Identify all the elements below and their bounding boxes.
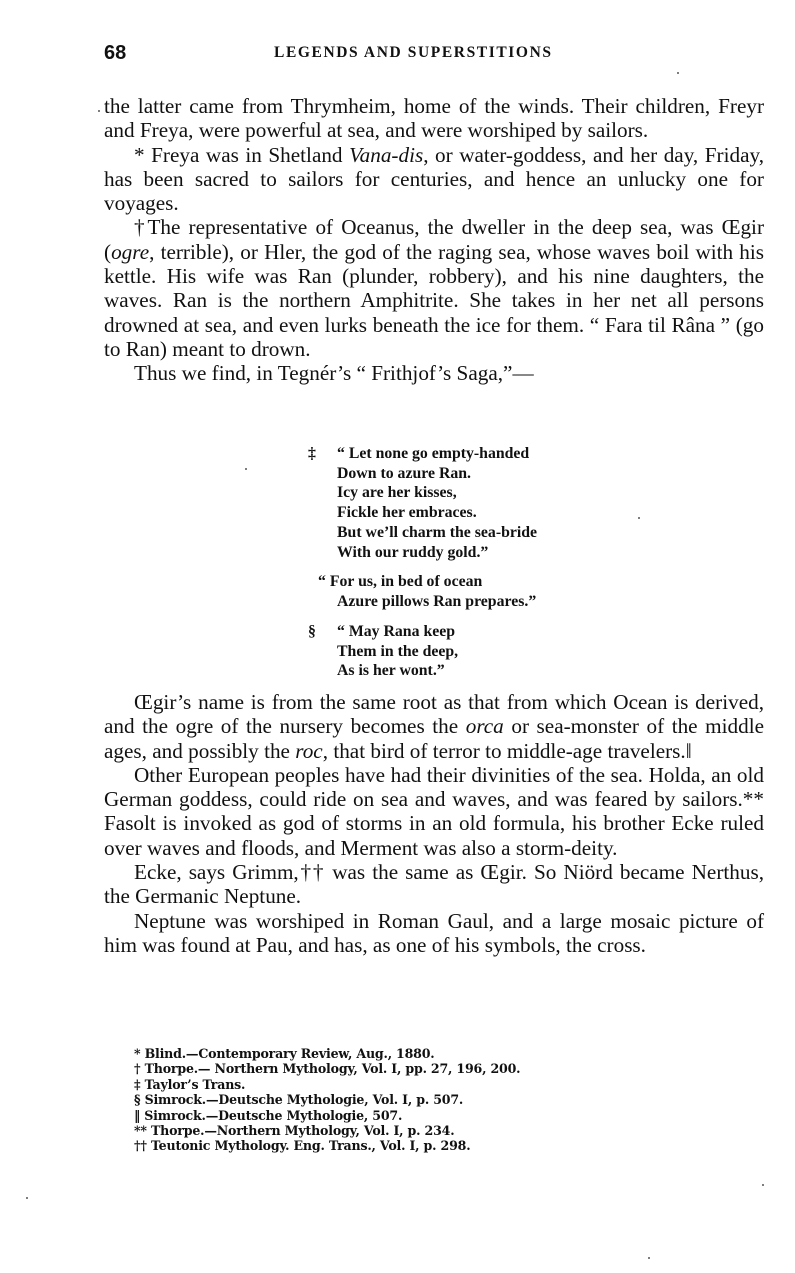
footnote: § Simrock.—Deutsche Mythologie, Vol. I, … <box>134 1092 654 1107</box>
verse-line: As is her wont.” <box>308 661 458 681</box>
paragraph-saga-intro: Thus we find, in Tegnér’s “ Frithjof’s S… <box>104 361 764 385</box>
paragraph-freya: * Freya was in Shetland Vana-dis, or wat… <box>104 143 764 216</box>
page-number: 68 <box>104 42 126 65</box>
verse-line: §“ May Rana keep <box>308 622 458 642</box>
stanza-2: “ For us, in bed of ocean Azure pillows … <box>308 572 536 611</box>
speck <box>245 468 247 470</box>
paragraph-european-deities: Other European peoples have had their di… <box>104 763 764 860</box>
footnote: † Thorpe.— Northern Mythology, Vol. I, p… <box>134 1061 654 1076</box>
verse-line: Down to azure Ran. <box>308 464 628 484</box>
speck <box>677 72 679 74</box>
speck <box>26 1197 28 1199</box>
verse-line: Azure pillows Ran prepares.” <box>308 592 536 612</box>
footnote: †† Teutonic Mythology. Eng. Trans., Vol.… <box>134 1138 654 1153</box>
running-title: LEGENDS AND SUPERSTITIONS <box>274 44 553 62</box>
book-page: 68 LEGENDS AND SUPERSTITIONS the latter … <box>0 0 795 1273</box>
speck <box>98 110 100 112</box>
speck <box>638 517 640 519</box>
body-text-top: the latter came from Thrymheim, home of … <box>104 94 764 386</box>
footnote: ‡ Taylor’s Trans. <box>134 1077 654 1092</box>
verse-line: With our ruddy gold.” <box>308 543 628 563</box>
verse-line: But we’ll charm the sea-bride <box>308 523 628 543</box>
paragraph-aegir: †The representative of Oceanus, the dwel… <box>104 215 764 361</box>
footnotes: * Blind.—Contemporary Review, Aug., 1880… <box>134 1046 654 1154</box>
footnote-mark: § <box>308 622 337 642</box>
footnote: * Blind.—Contemporary Review, Aug., 1880… <box>134 1046 654 1061</box>
paragraph-aegir-name: Œgir’s name is from the same root as tha… <box>104 690 764 763</box>
paragraph-neptune: Neptune was worshiped in Roman Gaul, and… <box>104 909 764 958</box>
footnote-mark: ‡ <box>308 444 337 464</box>
verse-line: Fickle her embraces. <box>308 503 628 523</box>
footnote-mark: * <box>134 143 145 167</box>
verse-quotation: ‡“ Let none go empty-handed Down to azur… <box>308 444 628 562</box>
verse-line: “ For us, in bed of ocean <box>308 572 536 592</box>
speck <box>648 1257 650 1259</box>
paragraph-ecke: Ecke, says Grimm,†† was the same as Œgir… <box>104 860 764 909</box>
footnote: ‖ Simrock.—Deutsche Mythologie, 507. <box>134 1108 654 1123</box>
footnote: ** Thorpe.—Northern Mythology, Vol. I, p… <box>134 1123 654 1138</box>
page-header: 68 LEGENDS AND SUPERSTITIONS <box>104 42 674 66</box>
stanza-3: §“ May Rana keep Them in the deep, As is… <box>308 622 458 681</box>
body-text-bottom: Œgir’s name is from the same root as tha… <box>104 690 764 957</box>
verse-line: Icy are her kisses, <box>308 483 628 503</box>
paragraph-1: the latter came from Thrymheim, home of … <box>104 94 764 143</box>
stanza-1: ‡“ Let none go empty-handed Down to azur… <box>308 444 628 562</box>
verse-line: ‡“ Let none go empty-handed <box>308 444 628 464</box>
speck <box>762 1184 764 1186</box>
footnote-mark: † <box>134 215 147 239</box>
verse-line: Them in the deep, <box>308 642 458 662</box>
